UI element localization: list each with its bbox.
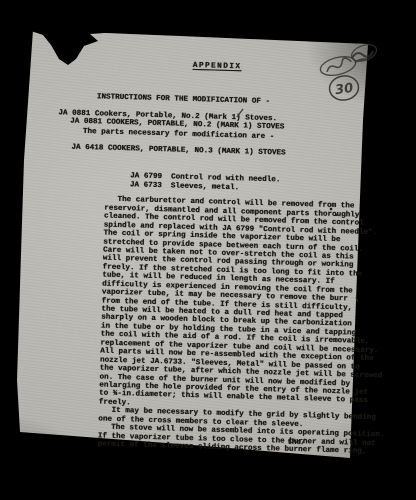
photographed-document: APPENDIX INSTRUCTIONS FOR THE MODIFICATI… [0, 0, 416, 500]
page-number: 30 [334, 81, 354, 98]
page-number-circled: 30 [328, 74, 360, 102]
ink-specks [330, 208, 358, 302]
pencil-annotations: 30 [0, 0, 416, 500]
initials-scribble-dark [349, 42, 379, 65]
tick-mark [237, 109, 243, 117]
